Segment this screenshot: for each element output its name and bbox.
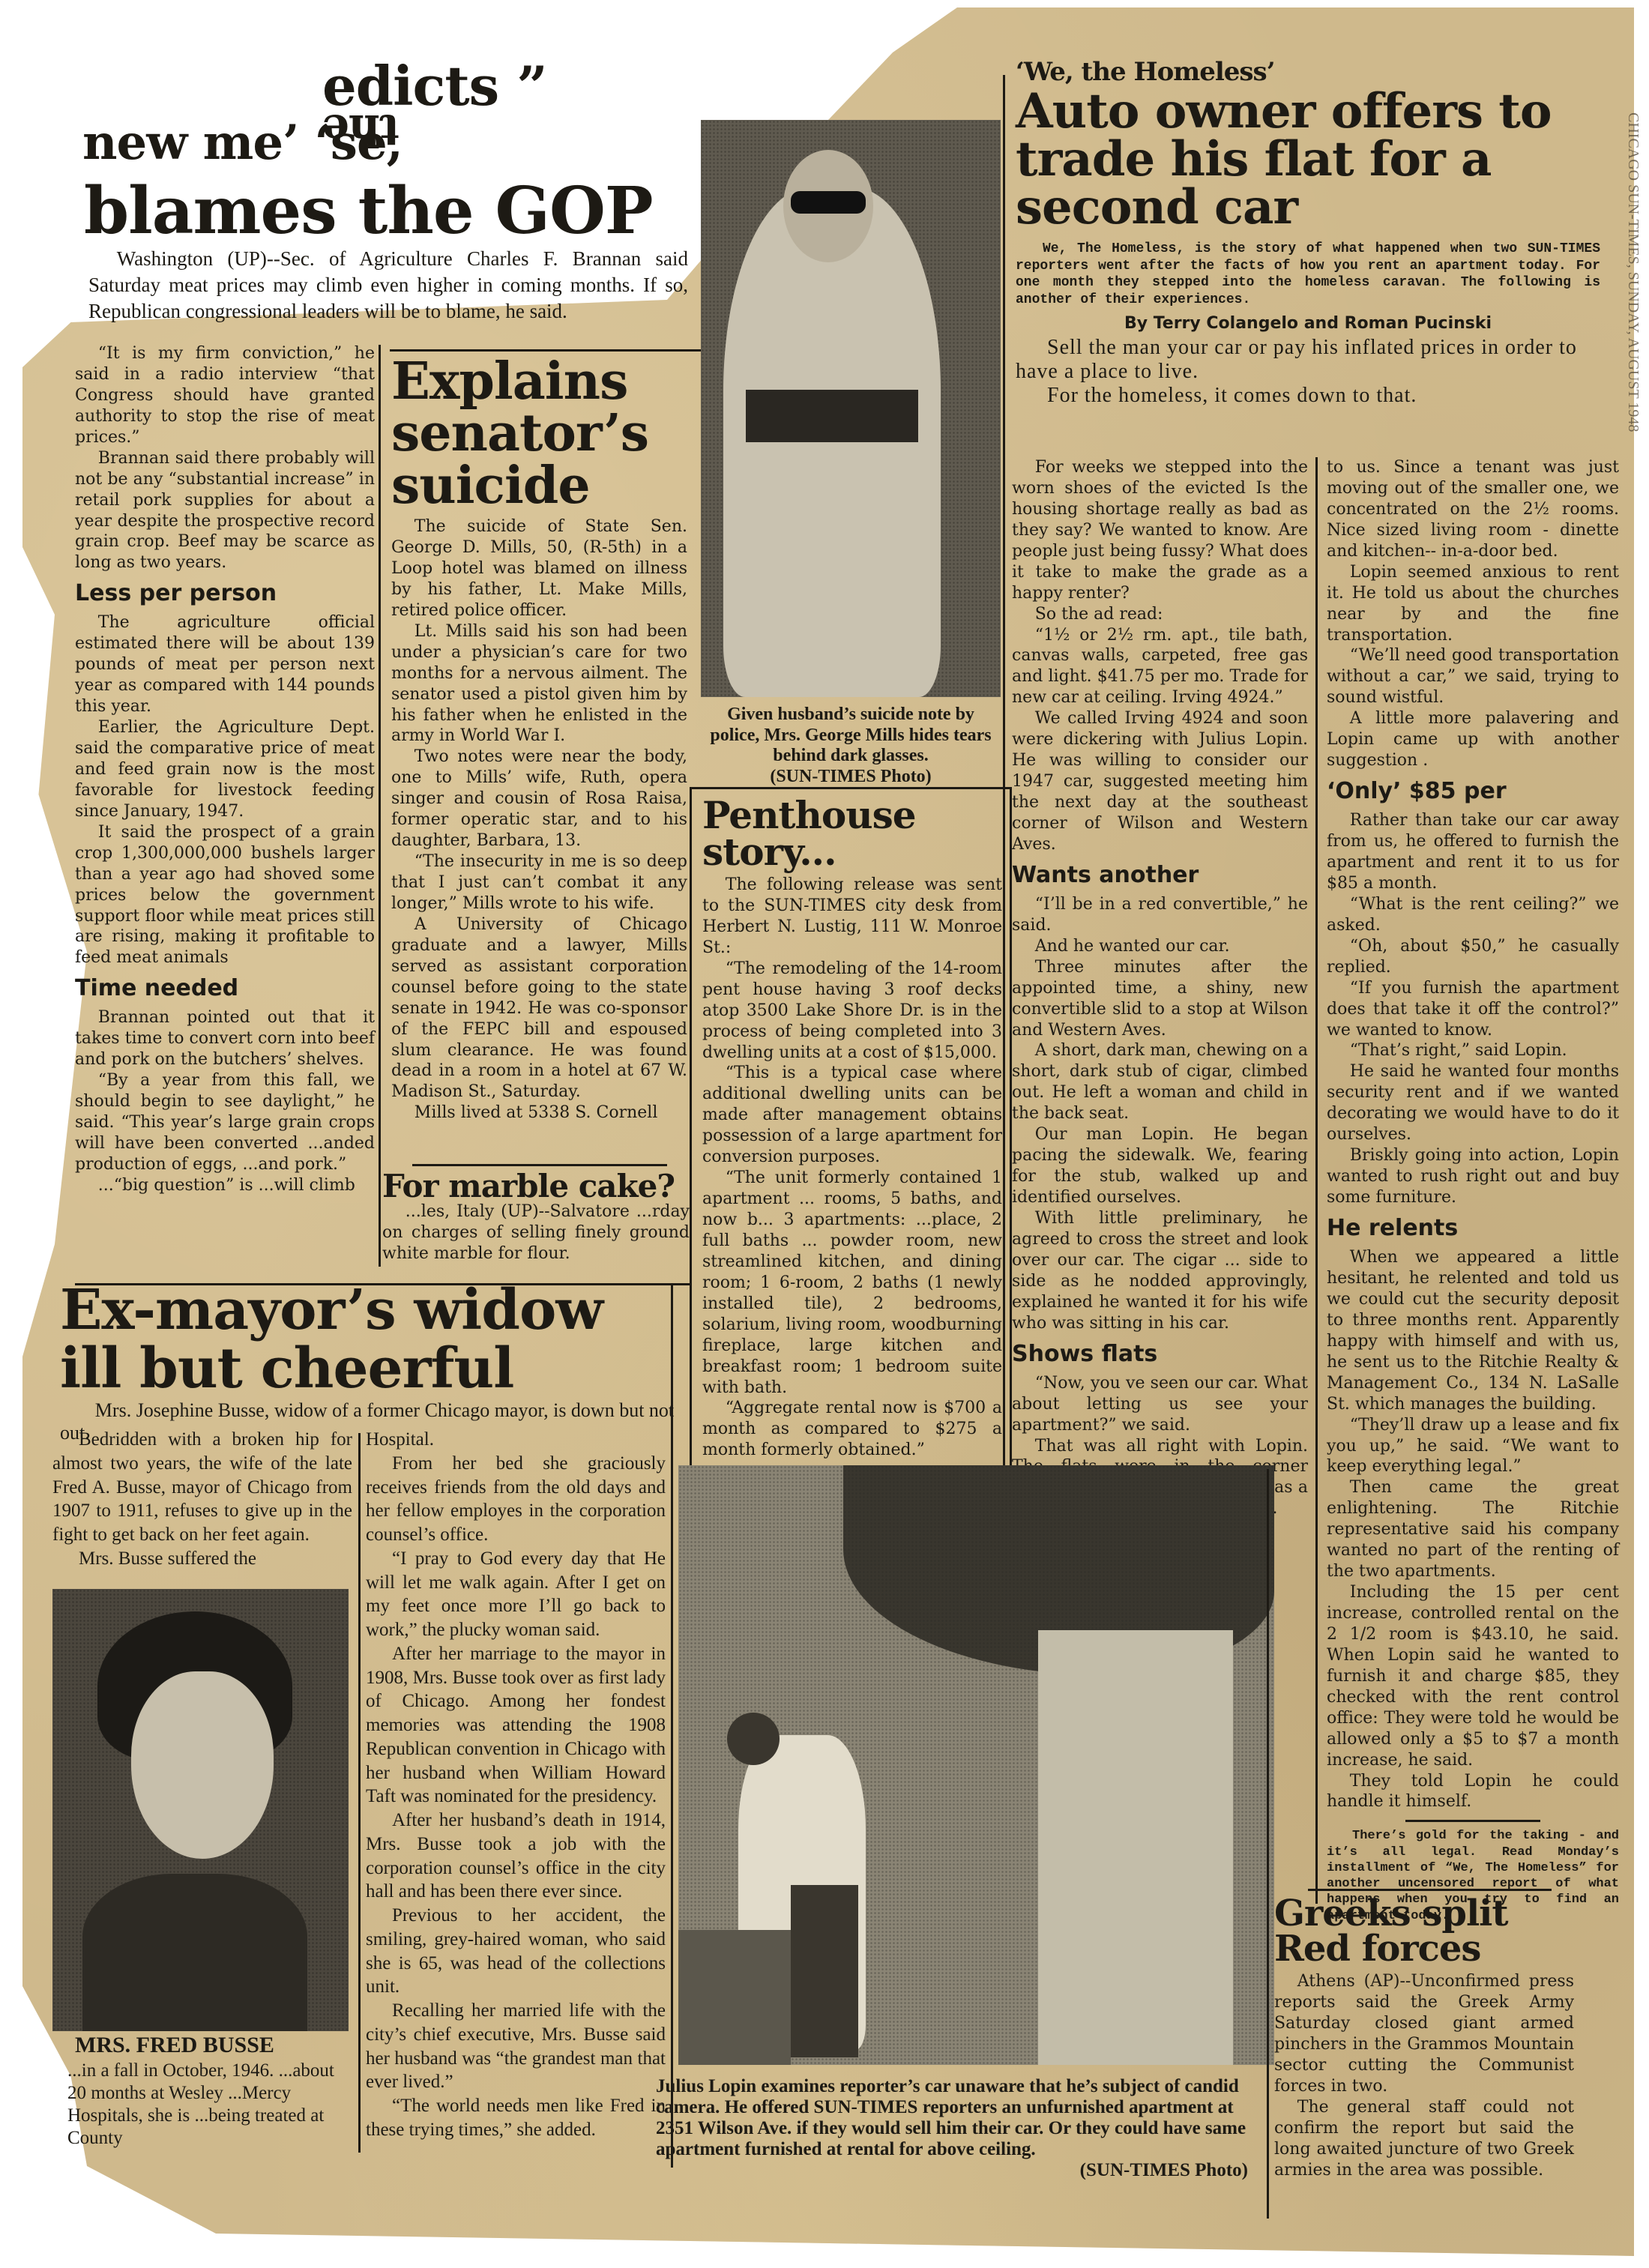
greeks-body: Athens (AP)--Unconfirmed press reports s…	[1274, 1971, 1574, 2180]
penthouse-paragraph: “This is a typical case where additional…	[702, 1063, 1002, 1168]
dateline-text: CHICAGO SUN-TIMES, SUNDAY, AUGUST 1948	[1625, 112, 1642, 432]
homeless-paragraph: “What is the rent ceiling?” we asked.	[1327, 894, 1619, 936]
widow-paragraph: Recalling her married life with the city…	[366, 1999, 666, 2094]
widow-story-header: Ex-mayor’s widow ill but cheerful Mrs. J…	[60, 1282, 675, 1444]
penthouse-paragraph: “The remodeling of the 14-room pent hous…	[702, 959, 1002, 1064]
widow-column-1-cont: ...in a fall in October, 1946. ...about …	[67, 2060, 345, 2150]
teaser-rule	[1405, 1820, 1540, 1822]
homeless-paragraph: He said he wanted four months security r…	[1327, 1061, 1619, 1145]
penthouse-headline: Penthouse story...	[702, 797, 927, 870]
meat-paragraph: Earlier, the Agriculture Dept. said the …	[75, 717, 375, 822]
homeless-paragraph: “We’ll need good transportation without …	[1327, 645, 1619, 708]
meat-paragraph: The agriculture official estimated there…	[75, 612, 375, 717]
subhead-less-per-person: Less per person	[75, 579, 375, 608]
widow-paragraph: After her husband’s death in 1914, Mrs. …	[366, 1809, 666, 1904]
senator-body: The suicide of State Sen. George D. Mill…	[391, 516, 687, 1124]
subhead-time-needed: Time needed	[75, 974, 375, 1003]
homeless-paragraph: And he wanted our car.	[1012, 936, 1308, 957]
homeless-column-1: For weeks we stepped into the worn shoes…	[1012, 457, 1308, 1540]
meat-lead: Washington (UP)--Sec. of Agriculture Cha…	[88, 246, 688, 325]
dark-collar	[746, 390, 918, 442]
lopin-photo-caption: Julius Lopin examines reporter’s car una…	[656, 2076, 1248, 2181]
man-trousers	[791, 1885, 858, 2057]
homeless-paragraph: “Now, you ve seen our car. What about le…	[1012, 1373, 1308, 1436]
senator-paragraph: “The insecurity in me is so deep that I …	[391, 851, 687, 914]
photo-credit: (SUN-TIMES Photo)	[701, 767, 1001, 788]
homeless-intro: We, The Homeless, is the story of what h…	[1016, 241, 1600, 308]
greeks-paragraph: The general staff could not confirm the …	[1274, 2097, 1574, 2181]
senator-paragraph: A University of Chicago graduate and a l…	[391, 914, 687, 1103]
meat-paragraph: Brannan pointed out that it takes time t…	[75, 1007, 375, 1070]
meat-headline-upside-down: the	[322, 109, 400, 151]
homeless-paragraph: to us. Since a tenant was just moving ou…	[1327, 457, 1619, 562]
man-head	[727, 1713, 780, 1765]
homeless-byline: By Terry Colangelo and Roman Pucinski	[1016, 314, 1600, 333]
widow-paragraph: From her bed she graciously receives fri…	[366, 1452, 666, 1547]
subhead-only-85-per: ‘Only’ $85 per	[1327, 777, 1619, 806]
column-rule	[1267, 1469, 1269, 2219]
homeless-lead-2: For the homeless, it comes down to that.	[1016, 384, 1600, 408]
senator-paragraph: Lt. Mills said his son had been under a …	[391, 621, 687, 747]
caption-text: Given husband’s suicide note by police, …	[701, 705, 1001, 767]
homeless-paragraph: So the ad read:	[1012, 604, 1308, 625]
marble-headline: For marble cake?	[382, 1171, 690, 1201]
column-rule	[1003, 75, 1005, 1469]
widow-paragraph: After her marriage to the mayor in 1908,…	[366, 1642, 666, 1809]
homeless-paragraph: “That’s right,” said Lopin.	[1327, 1040, 1619, 1061]
senator-headline: Explains senator’s suicide	[391, 356, 687, 512]
dark-glasses	[791, 191, 866, 214]
column-rule	[1315, 457, 1318, 1904]
meat-story-column: “It is my firm conviction,” he said in a…	[75, 343, 375, 1196]
widow-paragraph: “The world needs men like Fred in these …	[366, 2094, 666, 2142]
lopin-car-photo	[678, 1465, 1274, 2065]
figure-silhouette	[723, 187, 941, 697]
column-rule	[358, 1433, 361, 2153]
greeks-story: Greeks split Red forces Athens (AP)--Unc…	[1274, 1896, 1574, 2180]
penthouse-paragraph: “Aggregate rental now is $700 a month as…	[702, 1398, 1002, 1461]
marble-body: ...les, Italy (UP)--Salvatore ...rday on…	[382, 1201, 690, 1264]
subhead-shows-flats: Shows flats	[1012, 1340, 1308, 1369]
subhead-wants-another: Wants another	[1012, 861, 1308, 890]
shoulders	[82, 1874, 307, 2031]
marble-story: For marble cake? ...les, Italy (UP)--Sal…	[382, 1171, 690, 1264]
meat-paragraph: It said the prospect of a grain crop 1,3…	[75, 822, 375, 969]
homeless-paragraph: We called Irving 4924 and soon were dick…	[1012, 708, 1308, 855]
widow-column-2: Hospital. From her bed she graciously re…	[366, 1428, 666, 2142]
homeless-paragraph: When we appeared a little hesitant, he r…	[1327, 1247, 1619, 1415]
greeks-paragraph: Athens (AP)--Unconfirmed press reports s…	[1274, 1971, 1574, 2097]
widow-column-1: Bedridden with a broken hip for almost t…	[52, 1428, 352, 1571]
column-rule	[412, 1164, 667, 1166]
homeless-lead-1: Sell the man your car or pay his inflate…	[1016, 336, 1600, 384]
mrs-busse-portrait	[52, 1589, 349, 2031]
mills-photo-caption: Given husband’s suicide note by police, …	[701, 705, 1001, 787]
penthouse-paragraph: “The unit formerly contained 1 apartment…	[702, 1168, 1002, 1398]
homeless-paragraph: “I’ll be in a red convertible,” he said.	[1012, 894, 1308, 936]
penthouse-story: Penthouse story... The following release…	[690, 787, 1012, 1474]
penthouse-body: The following release was sent to the SU…	[702, 875, 1002, 1461]
homeless-paragraph: “Oh, about $50,” he casually replied.	[1327, 936, 1619, 978]
homeless-kicker: ‘We, the Homeless’	[1016, 60, 1600, 85]
caption-text: Julius Lopin examines reporter’s car una…	[656, 2076, 1248, 2160]
marble-paragraph: ...les, Italy (UP)--Salvatore ...rday on…	[382, 1201, 690, 1264]
photo-credit: (SUN-TIMES Photo)	[656, 2160, 1248, 2181]
widow-paragraph: “I pray to God every day that He will le…	[366, 1547, 666, 1642]
homeless-column-2: to us. Since a tenant was just moving ou…	[1327, 457, 1619, 1924]
homeless-paragraph: “They’ll draw up a lease and fix you up,…	[1327, 1415, 1619, 1478]
homeless-paragraph: A short, dark man, chewing on a short, d…	[1012, 1040, 1308, 1124]
column-rule	[379, 345, 381, 1267]
building-wall	[1038, 1630, 1233, 2065]
senator-paragraph: Mills lived at 5338 S. Cornell	[391, 1103, 687, 1124]
car-body	[678, 1930, 791, 2065]
busse-photo-caption: MRS. FRED BUSSE	[75, 2033, 274, 2058]
homeless-paragraph: “1½ or 2½ rm. apt., tile bath, canvas wa…	[1012, 625, 1308, 709]
greeks-headline: Greeks split Red forces	[1274, 1896, 1544, 1967]
homeless-paragraph: For weeks we stepped into the worn shoes…	[1012, 457, 1308, 604]
meat-headline-line2: blames the GOP	[84, 180, 653, 243]
homeless-paragraph: Including the 15 per cent increase, cont…	[1327, 1582, 1619, 1770]
mrs-mills-photo	[701, 120, 1001, 697]
penthouse-paragraph: The following release was sent to the SU…	[702, 875, 1002, 959]
column-rule	[671, 1283, 673, 2168]
homeless-story-header: ‘We, the Homeless’ Auto owner offers to …	[1016, 60, 1600, 408]
meat-paragraph: ...“big question” is ...will climb	[75, 1175, 375, 1196]
homeless-paragraph: Our man Lopin. He began pacing the sidew…	[1012, 1124, 1308, 1208]
widow-paragraph: Mrs. Busse suffered the	[52, 1547, 352, 1571]
homeless-paragraph: Rather than take our car away from us, h…	[1327, 810, 1619, 894]
widow-headline: Ex-mayor’s widow ill but cheerful	[60, 1282, 660, 1398]
meat-paragraph: “It is my firm conviction,” he said in a…	[75, 343, 375, 448]
widow-paragraph: Hospital.	[366, 1428, 666, 1452]
homeless-paragraph: They told Lopin he could handle it himse…	[1327, 1771, 1619, 1813]
homeless-headline: Auto owner offers to trade his flat for …	[1016, 88, 1585, 232]
widow-paragraph: Bedridden with a broken hip for almost t…	[52, 1428, 352, 1547]
homeless-paragraph: Lopin seemed anxious to rent it. He told…	[1327, 562, 1619, 646]
homeless-paragraph: Briskly going into action, Lopin wanted …	[1327, 1145, 1619, 1208]
homeless-paragraph: A little more palavering and Lopin came …	[1327, 708, 1619, 771]
homeless-paragraph: Three minutes after the appointed time, …	[1012, 957, 1308, 1041]
meat-paragraph: “By a year from this fall, we should beg…	[75, 1070, 375, 1175]
meat-paragraph: Brannan said there probably will not be …	[75, 448, 375, 574]
senator-paragraph: The suicide of State Sen. George D. Mill…	[391, 516, 687, 621]
face	[131, 1671, 274, 1859]
homeless-paragraph: Then came the great enlightening. The Ri…	[1327, 1477, 1619, 1582]
vertical-dateline: CHICAGO SUN-TIMES, SUNDAY, AUGUST 1948	[1619, 112, 1642, 787]
senator-paragraph: Two notes were near the body, one to Mil…	[391, 747, 687, 851]
column-rule	[1308, 1889, 1552, 1891]
homeless-paragraph: “If you furnish the apartment does that …	[1327, 978, 1619, 1041]
senator-story: Explains senator’s suicide The suicide o…	[391, 356, 687, 1124]
homeless-paragraph: With little preliminary, he agreed to cr…	[1012, 1208, 1308, 1334]
widow-paragraph: Previous to her accident, the smiling, g…	[366, 1904, 666, 1999]
subhead-he-relents: He relents	[1327, 1214, 1619, 1243]
